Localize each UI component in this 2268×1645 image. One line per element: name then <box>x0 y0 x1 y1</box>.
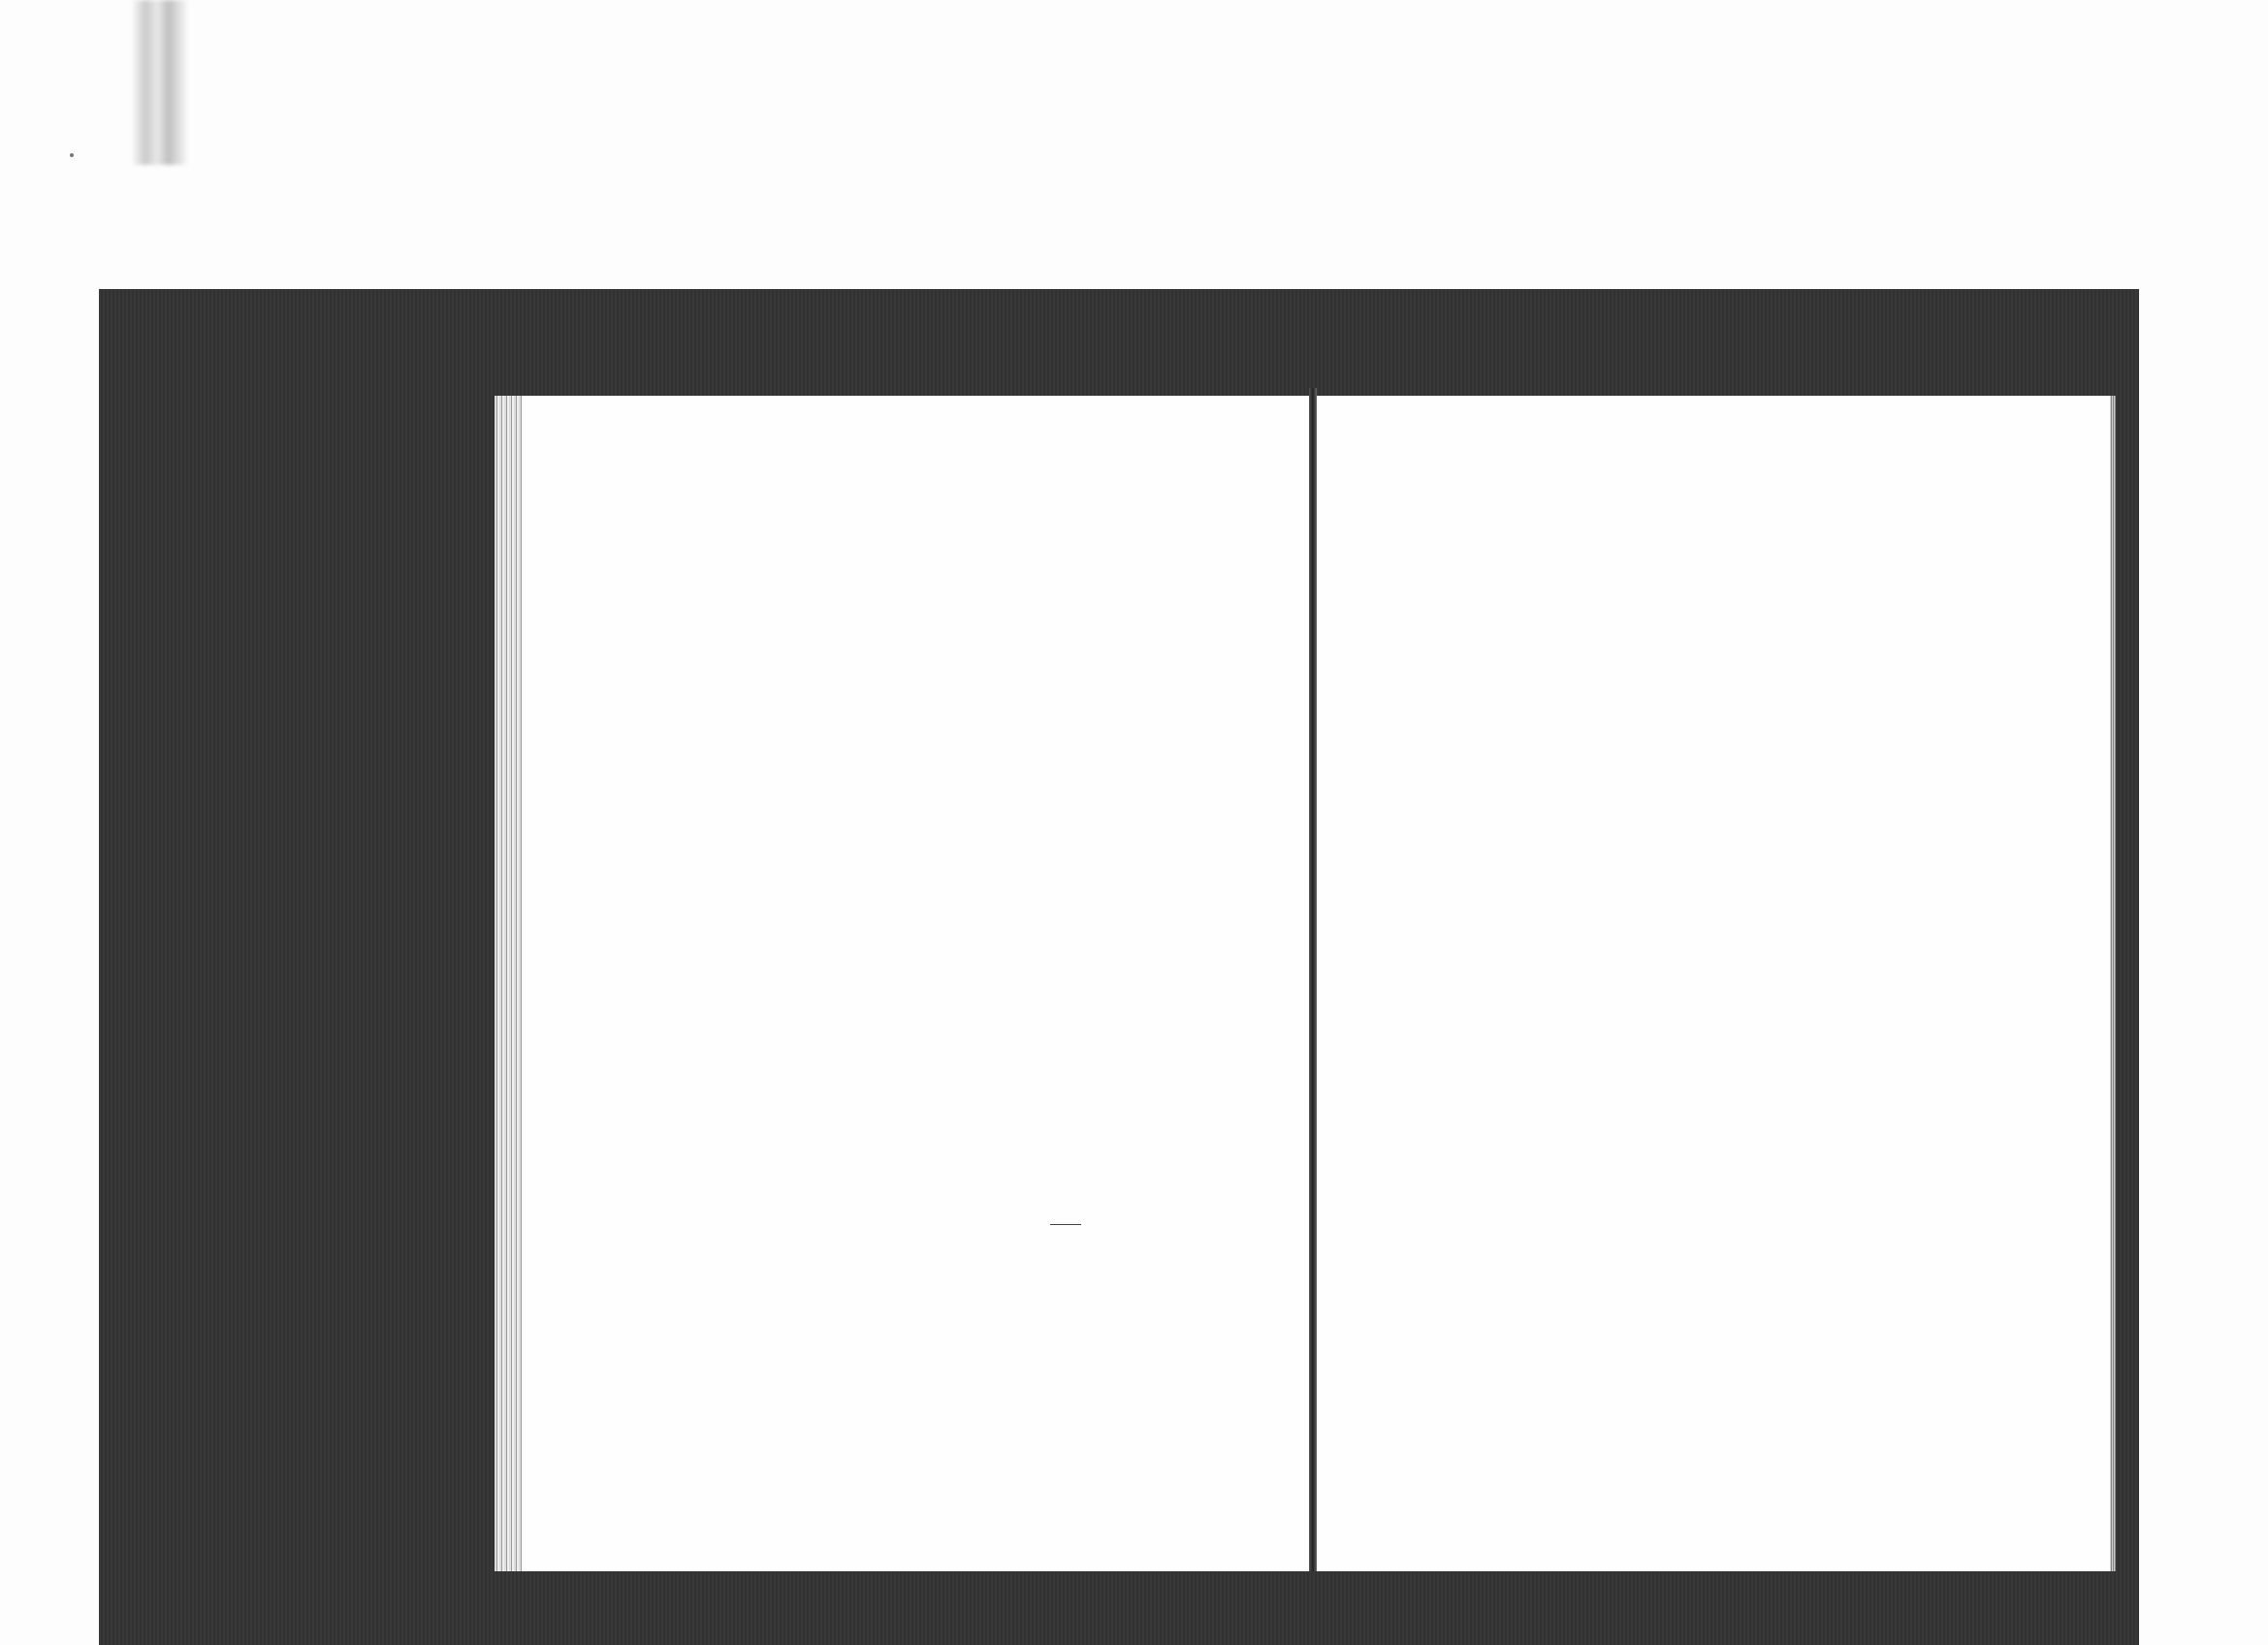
right-page-edge <box>2110 396 2116 1571</box>
right-page <box>1315 396 2110 1571</box>
scan-speck <box>70 153 74 157</box>
left-page <box>522 396 1312 1571</box>
scan-smudge <box>131 0 189 165</box>
book-gutter <box>1309 388 1317 1571</box>
fraction-bar <box>1050 1224 1081 1225</box>
page-stack-edges <box>495 396 524 1571</box>
